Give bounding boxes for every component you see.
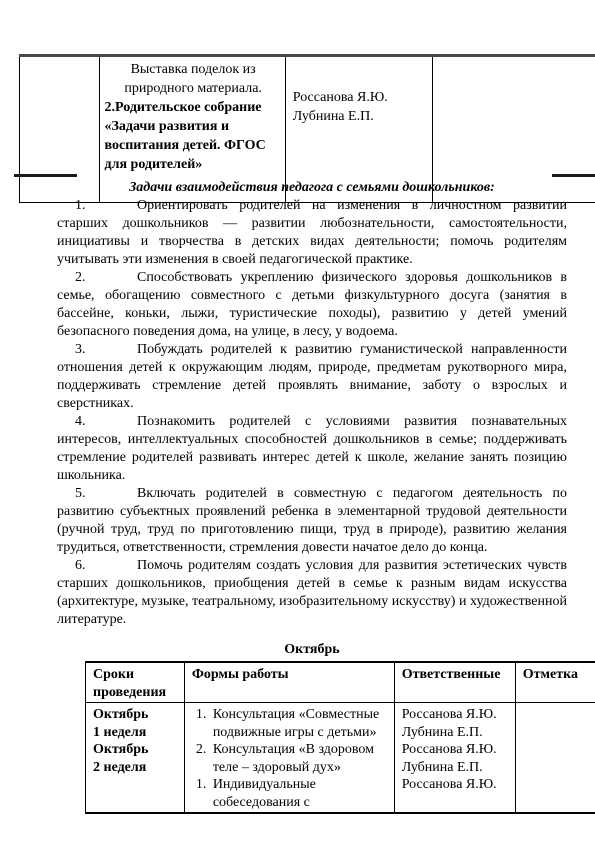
month-heading: Октябрь [57, 641, 567, 659]
activity-bold-line: воспитания детей. ФГОС [105, 136, 282, 155]
task-number: 2. [75, 269, 137, 287]
activity-bold-line: 2.Родительское собрание [105, 98, 282, 117]
activity-bold-line: для родителей» [105, 155, 282, 174]
period-line: 2 неделя [93, 759, 182, 777]
period-line: 1 неделя [93, 724, 182, 742]
tasks-section: Задачи взаимодействия педагога с семьями… [57, 179, 567, 629]
responsible-name: Россанова Я.Ю. [402, 776, 513, 794]
form-text: Консультация «В здоровом теле – здоровый… [213, 742, 374, 775]
header-mark: Отметка [515, 662, 595, 703]
responsible-name: Россанова Я.Ю. [293, 88, 430, 107]
task-item: 5.Включать родителей в совместную с педа… [57, 485, 567, 557]
activity-line: Выставка поделок из [105, 60, 282, 79]
border-artifact [552, 174, 595, 177]
header-forms: Формы работы [184, 662, 394, 703]
responsible-cell: Россанова Я.Ю. Лубнина Е.П. Россанова Я.… [394, 703, 515, 813]
task-item: 4.Познакомить родителей с условиями разв… [57, 413, 567, 485]
responsible-name: Лубнина Е.П. [293, 107, 430, 126]
task-item: 1.Ориентировать родителей на изменения в… [57, 197, 567, 269]
header-responsible: Ответственные [394, 662, 515, 703]
table-header-row: Сроки проведения Формы работы Ответствен… [86, 662, 595, 703]
mark-cell-empty [515, 703, 595, 813]
responsible-name: Россанова Я.Ю. [402, 741, 513, 759]
document-page: Выставка поделок из природного материала… [0, 0, 595, 842]
form-text: Консультация «Совместные подвижные игры … [213, 707, 379, 740]
period-cell: Октябрь 1 неделя Октябрь 2 неделя [86, 703, 185, 813]
task-number: 4. [75, 413, 137, 431]
task-number: 1. [75, 197, 137, 215]
section-heading: Задачи взаимодействия педагога с семьями… [57, 179, 567, 197]
responsible-name: Лубнина Е.П. [402, 759, 513, 777]
task-item: 2.Способствовать укреплению физического … [57, 269, 567, 341]
plan-table-october: Сроки проведения Формы работы Ответствен… [85, 661, 595, 814]
activity-line: природного материала. [105, 79, 282, 98]
period-line: Октябрь [93, 741, 182, 759]
responsible-name: Лубнина Е.П. [402, 724, 513, 742]
period-line: Октябрь [93, 706, 182, 724]
form-number: 2. [196, 741, 207, 759]
activity-bold-line: «Задачи развития и [105, 117, 282, 136]
form-text: Индивидуальные собеседования с [213, 777, 316, 810]
form-item: 1.Индивидуальные собеседования с [185, 776, 392, 811]
header-period: Сроки проведения [86, 662, 185, 703]
form-number: 1. [196, 706, 207, 724]
form-item: 1.Консультация «Совместные подвижные игр… [185, 706, 392, 741]
task-number: 6. [75, 557, 137, 575]
task-number: 5. [75, 485, 137, 503]
border-artifact [14, 174, 77, 177]
form-item: 2.Консультация «В здоровом теле – здоров… [185, 741, 392, 776]
responsible-name: Россанова Я.Ю. [402, 706, 513, 724]
task-item: 6.Помочь родителям создать условия для р… [57, 557, 567, 629]
task-item: 3.Побуждать родителей к развитию гуманис… [57, 341, 567, 413]
table-row: Октябрь 1 неделя Октябрь 2 неделя 1.Конс… [86, 703, 595, 813]
task-number: 3. [75, 341, 137, 359]
forms-cell: 1.Консультация «Совместные подвижные игр… [184, 703, 394, 813]
form-number: 1. [196, 776, 207, 794]
